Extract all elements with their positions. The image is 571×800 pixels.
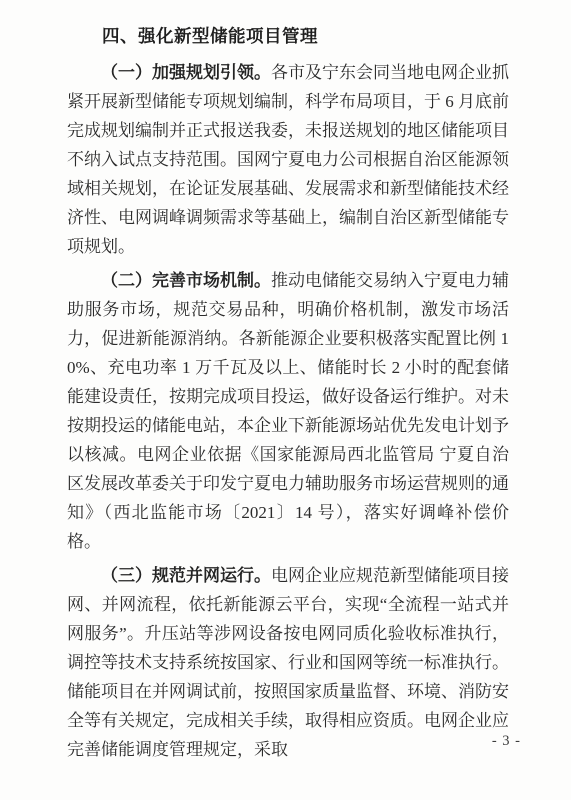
page-number: - 3 - bbox=[492, 733, 521, 750]
paragraph-text: 各市及宁东会同当地电网企业抓紧开展新型储能专项规划编制，科学布局项目，于 6 月… bbox=[67, 63, 509, 256]
paragraph: （一）加强规划引领。各市及宁东会同当地电网企业抓紧开展新型储能专项规划编制，科学… bbox=[67, 58, 509, 261]
paragraph-lead: （三）规范并网运行。 bbox=[101, 566, 271, 585]
document-content: 四、强化新型储能项目管理 （一）加强规划引领。各市及宁东会同当地电网企业抓紧开展… bbox=[67, 24, 509, 769]
paragraph-lead: （一）加强规划引领。 bbox=[101, 63, 271, 82]
paragraph-text: 电网企业应规范新型储能项目接网、并网流程，依托新能源云平台，实现“全流程一站式并… bbox=[67, 566, 509, 759]
section-heading: 四、强化新型储能项目管理 bbox=[67, 24, 509, 49]
paragraph-text: 推动电储能交易纳入宁夏电力辅助服务市场，规范交易品种，明确价格机制，激发市场活力… bbox=[67, 271, 509, 551]
paragraph: （二）完善市场机制。推动电储能交易纳入宁夏电力辅助服务市场，规范交易品种，明确价… bbox=[67, 266, 509, 556]
paragraph-lead: （二）完善市场机制。 bbox=[101, 271, 271, 290]
document-body: （一）加强规划引领。各市及宁东会同当地电网企业抓紧开展新型储能专项规划编制，科学… bbox=[67, 58, 509, 764]
paragraph: （三）规范并网运行。电网企业应规范新型储能项目接网、并网流程，依托新能源云平台，… bbox=[67, 561, 509, 764]
document-page: 四、强化新型储能项目管理 （一）加强规划引领。各市及宁东会同当地电网企业抓紧开展… bbox=[0, 0, 571, 800]
